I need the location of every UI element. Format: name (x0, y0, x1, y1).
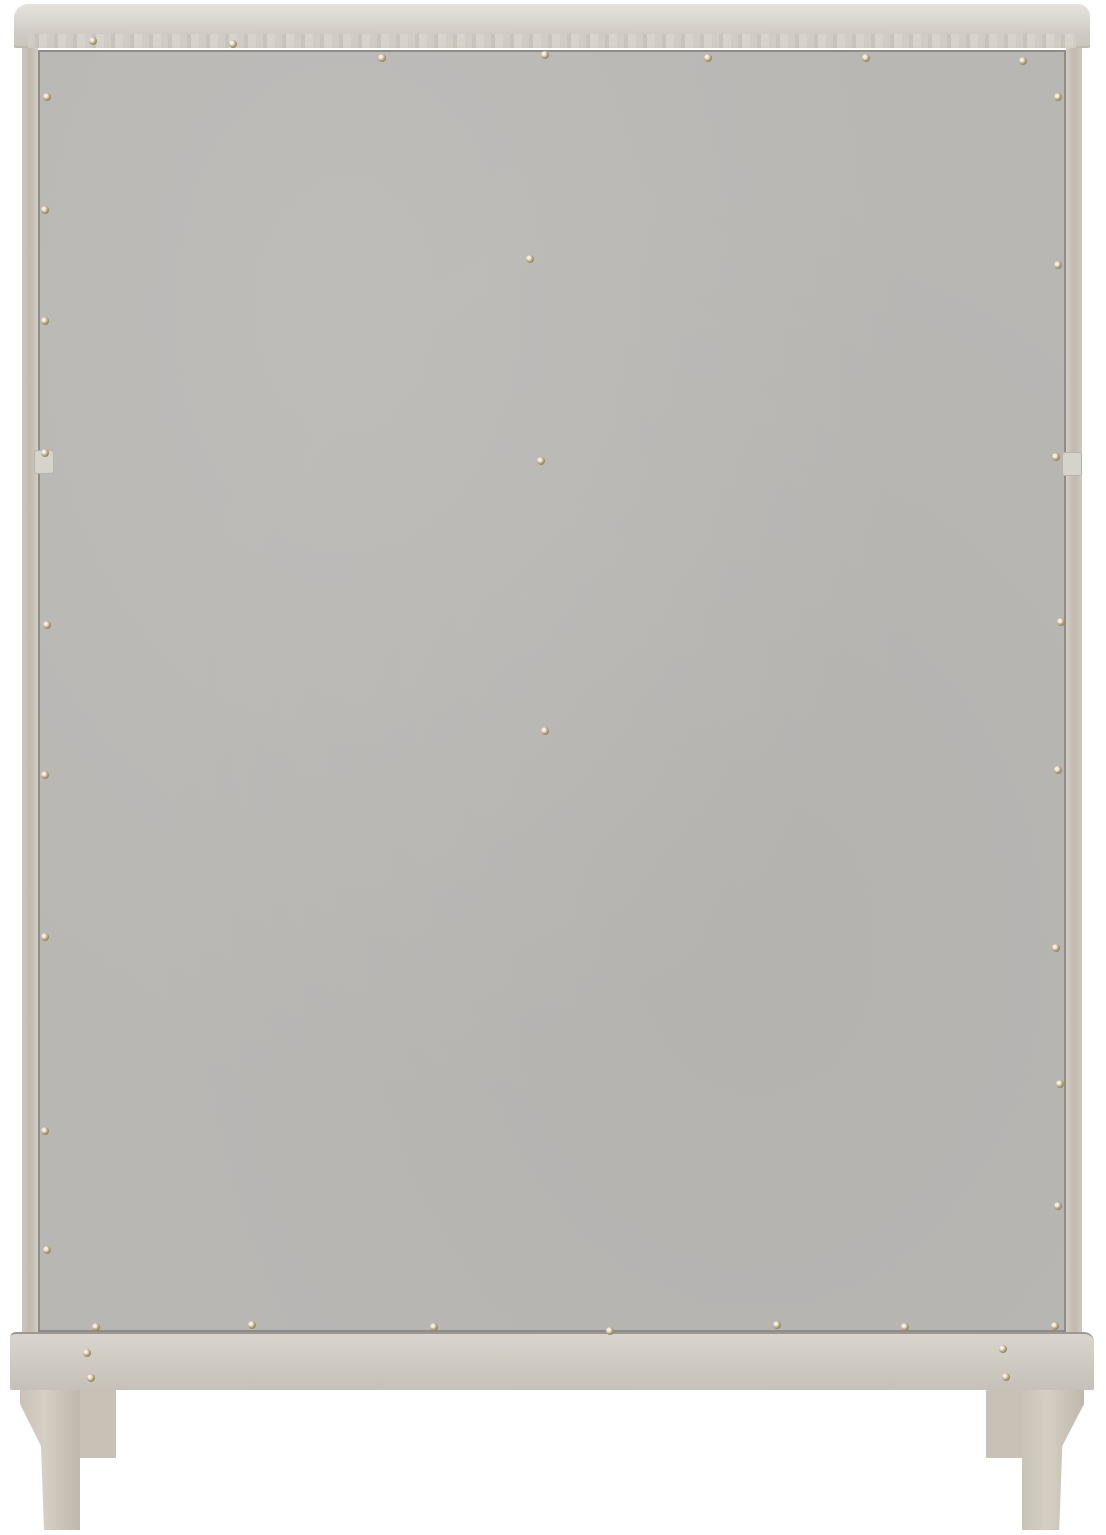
screw-icon (41, 933, 49, 941)
screw-icon (526, 255, 534, 263)
leg-right-rear (986, 1390, 1022, 1458)
screw-icon (704, 54, 712, 62)
screw-icon (1054, 93, 1062, 101)
screw-icon (43, 93, 51, 101)
screw-icon (862, 54, 870, 62)
screw-icon (41, 206, 49, 214)
screw-icon (773, 1321, 781, 1329)
screw-icon (537, 457, 545, 465)
screw-icon (229, 40, 237, 48)
screw-icon (248, 1321, 256, 1329)
screw-icon (430, 1323, 438, 1331)
screw-icon (1052, 453, 1060, 461)
leg-left-rear (80, 1390, 116, 1458)
leg-left-front (20, 1390, 80, 1530)
screw-icon (43, 1246, 51, 1254)
screw-icon (541, 727, 549, 735)
screw-icon (1019, 57, 1027, 65)
screw-icon (41, 1127, 49, 1135)
screw-icon (1002, 1373, 1010, 1381)
back-panel (38, 50, 1066, 1332)
screw-icon (541, 51, 549, 59)
crown-trim-band (28, 34, 1076, 48)
screw-icon (1054, 1202, 1062, 1210)
right-side-nub (1062, 452, 1082, 476)
screw-icon (41, 771, 49, 779)
screw-icon (606, 1327, 614, 1335)
screw-icon (87, 1374, 95, 1382)
screw-icon (41, 449, 49, 457)
screw-icon (1057, 618, 1065, 626)
screw-icon (901, 1323, 909, 1331)
screw-icon (378, 54, 386, 62)
leg-right-front (1022, 1390, 1084, 1530)
right-frame-stile (1066, 48, 1082, 1332)
screw-icon (83, 1349, 91, 1357)
screw-icon (1052, 944, 1060, 952)
screw-icon (1056, 1080, 1064, 1088)
screw-icon (1051, 1322, 1059, 1330)
screw-icon (41, 317, 49, 325)
screw-icon (89, 37, 97, 45)
left-frame-stile (22, 48, 38, 1332)
screw-icon (43, 621, 51, 629)
screw-icon (999, 1345, 1007, 1353)
base-rail (10, 1332, 1094, 1390)
screw-icon (1054, 261, 1062, 269)
screw-icon (92, 1323, 100, 1331)
screw-icon (1054, 766, 1062, 774)
